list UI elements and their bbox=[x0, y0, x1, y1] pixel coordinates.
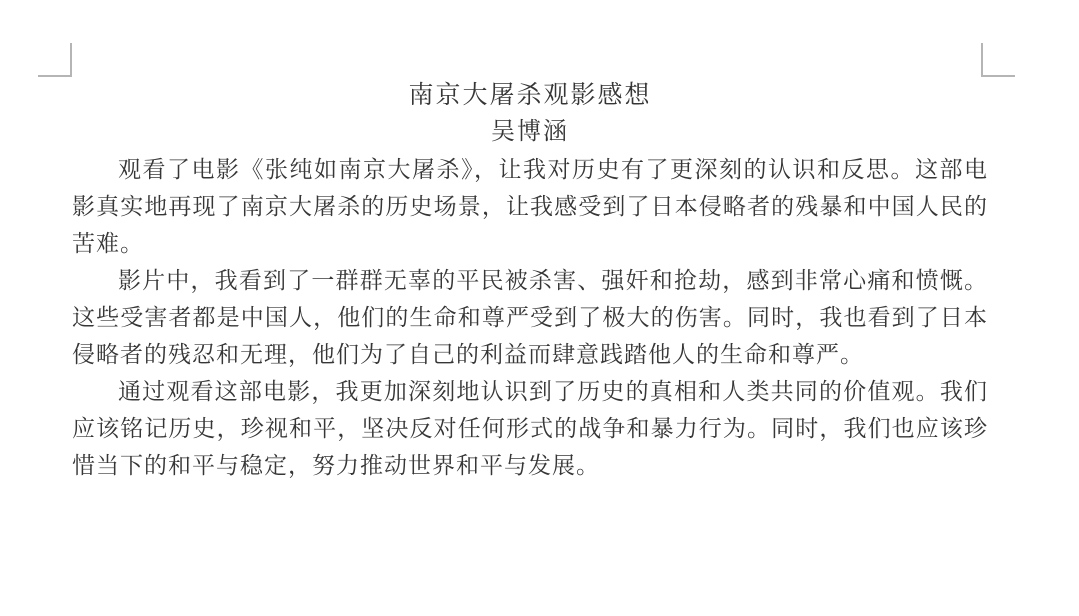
paragraph-2: 影片中，我看到了一群群无辜的平民被杀害、强奸和抢劫，感到非常心痛和愤慨。这些受害… bbox=[72, 262, 988, 373]
document-title: 南京大屠杀观影感想 bbox=[72, 77, 988, 114]
paragraph-3: 通过观看这部电影，我更加深刻地认识到了历史的真相和人类共同的价值观。我们应该铭记… bbox=[72, 373, 988, 484]
paragraph-1: 观看了电影《张纯如南京大屠杀》，让我对历史有了更深刻的认识和反思。这部电影真实地… bbox=[72, 151, 988, 262]
text-boundary-mark-top-left bbox=[38, 43, 72, 77]
document-author: 吴博涵 bbox=[72, 114, 988, 151]
document-page: 南京大屠杀观影感想 吴博涵 观看了电影《张纯如南京大屠杀》，让我对历史有了更深刻… bbox=[72, 77, 988, 484]
text-boundary-mark-top-right bbox=[981, 43, 1015, 77]
